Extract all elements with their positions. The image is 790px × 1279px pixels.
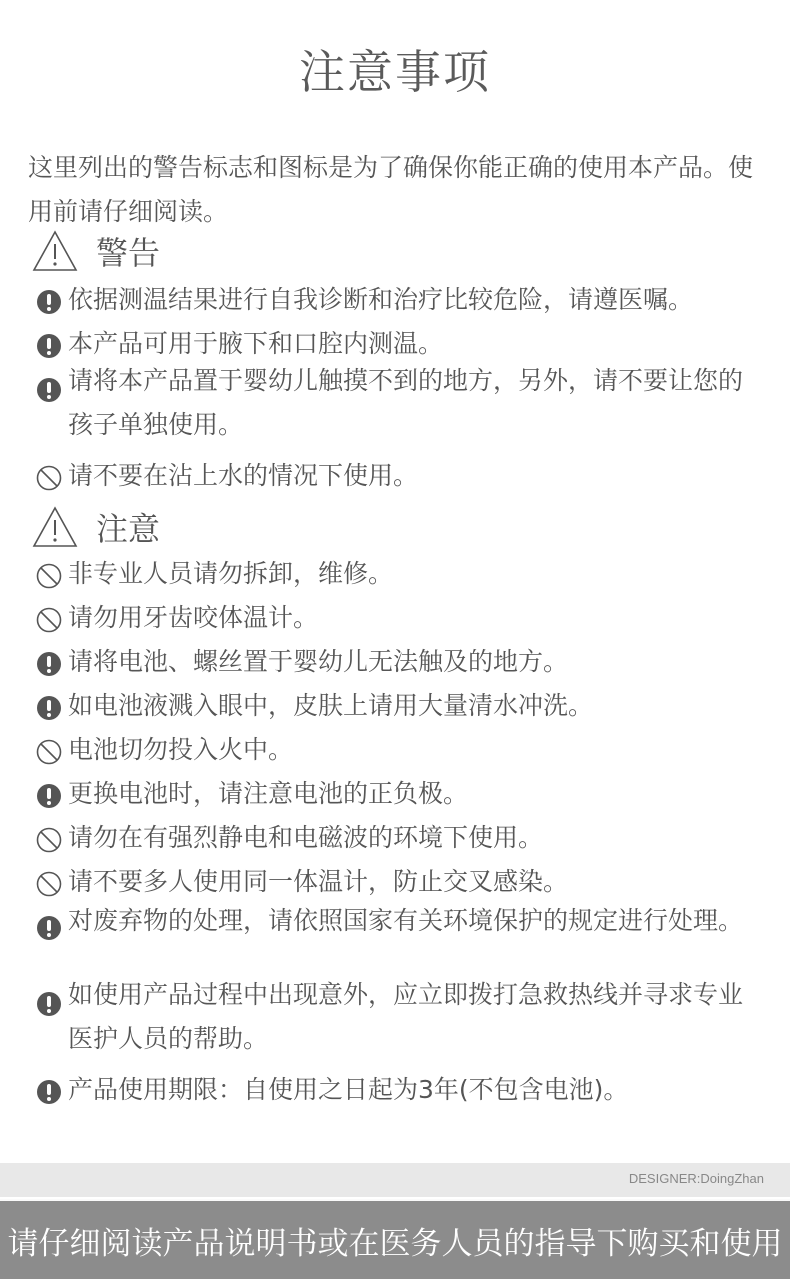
item-text: 请将本产品置于婴幼儿触摸不到的地方，另外，请不要让您的孩子单独使用。 — [68, 359, 766, 447]
item-text: 请勿在有强烈静电和电磁波的环境下使用。 — [68, 818, 766, 854]
prohibited-icon — [36, 563, 62, 589]
prohibited-icon — [36, 827, 62, 853]
section-heading-label: 注意 — [96, 504, 160, 550]
list-item: 非专业人员请勿拆卸，维修。 — [36, 554, 766, 590]
item-text: 请勿用牙齿咬体温计。 — [68, 598, 766, 634]
item-text: 电池切勿投入火中。 — [68, 730, 766, 766]
item-text: 对废弃物的处理，请依照国家有关环境保护的规定进行处理。 — [68, 902, 766, 939]
prohibited-icon — [36, 607, 62, 633]
list-item: 请将本产品置于婴幼儿触摸不到的地方，另外，请不要让您的孩子单独使用。 — [36, 368, 766, 447]
exclamation-icon — [36, 377, 62, 403]
page-title: 注意事项 — [0, 36, 790, 102]
caution-section-heading: 注意 — [32, 504, 160, 550]
list-item: 请不要在沾上水的情况下使用。 — [36, 456, 766, 492]
exclamation-icon — [36, 695, 62, 721]
list-item: 电池切勿投入火中。 — [36, 730, 766, 766]
list-item: 如电池液溅入眼中，皮肤上请用大量清水冲洗。 — [36, 686, 766, 722]
item-text: 更换电池时，请注意电池的正负极。 — [68, 774, 766, 810]
warning-triangle-icon — [32, 230, 78, 272]
item-text: 请不要多人使用同一体温计，防止交叉感染。 — [68, 862, 766, 898]
item-text: 如电池液溅入眼中，皮肤上请用大量清水冲洗。 — [68, 686, 766, 722]
list-item: 更换电池时，请注意电池的正负极。 — [36, 774, 766, 810]
list-item: 请不要多人使用同一体温计，防止交叉感染。 — [36, 862, 766, 898]
list-item: 如使用产品过程中出现意外，应立即拨打急救热线并寻求专业医护人员的帮助。 — [36, 982, 766, 1061]
exclamation-icon — [36, 783, 62, 809]
prohibited-icon — [36, 871, 62, 897]
list-item: 产品使用期限：自使用之日起为3年(不包含电池)。 — [36, 1070, 766, 1106]
list-item: 依据测温结果进行自我诊断和治疗比较危险，请遵医嘱。 — [36, 280, 766, 316]
item-text: 产品使用期限：自使用之日起为3年(不包含电池)。 — [68, 1070, 766, 1106]
footer-banner: 请仔细阅读产品说明书或在医务人员的指导下购买和使用 — [0, 1199, 790, 1279]
exclamation-icon — [36, 651, 62, 677]
exclamation-icon — [36, 991, 62, 1017]
list-item: 请将电池、螺丝置于婴幼儿无法触及的地方。 — [36, 642, 766, 678]
item-text: 本产品可用于腋下和口腔内测温。 — [68, 324, 766, 360]
item-text: 请不要在沾上水的情况下使用。 — [68, 456, 766, 492]
list-item: 请勿在有强烈静电和电磁波的环境下使用。 — [36, 818, 766, 854]
intro-paragraph: 这里列出的警告标志和图标是为了确保你能正确的使用本产品。使用前请仔细阅读。 — [28, 146, 768, 234]
item-text: 非专业人员请勿拆卸，维修。 — [68, 554, 766, 590]
list-item: 本产品可用于腋下和口腔内测温。 — [36, 324, 766, 360]
list-item: 请勿用牙齿咬体温计。 — [36, 598, 766, 634]
section-heading-label: 警告 — [96, 228, 160, 274]
item-text: 请将电池、螺丝置于婴幼儿无法触及的地方。 — [68, 642, 766, 678]
exclamation-icon — [36, 915, 62, 941]
exclamation-icon — [36, 333, 62, 359]
exclamation-icon — [36, 289, 62, 315]
item-text: 如使用产品过程中出现意外，应立即拨打急救热线并寻求专业医护人员的帮助。 — [68, 973, 766, 1061]
warning-triangle-icon — [32, 506, 78, 548]
exclamation-icon — [36, 1079, 62, 1105]
list-item: 对废弃物的处理，请依照国家有关环境保护的规定进行处理。 — [36, 906, 766, 941]
item-text: 依据测温结果进行自我诊断和治疗比较危险，请遵医嘱。 — [68, 280, 766, 316]
warning-section-heading: 警告 — [32, 228, 160, 274]
prohibited-icon — [36, 465, 62, 491]
designer-credit: DESIGNER:DoingZhan — [629, 1171, 764, 1186]
designer-band: DESIGNER:DoingZhan — [0, 1163, 790, 1197]
prohibited-icon — [36, 739, 62, 765]
